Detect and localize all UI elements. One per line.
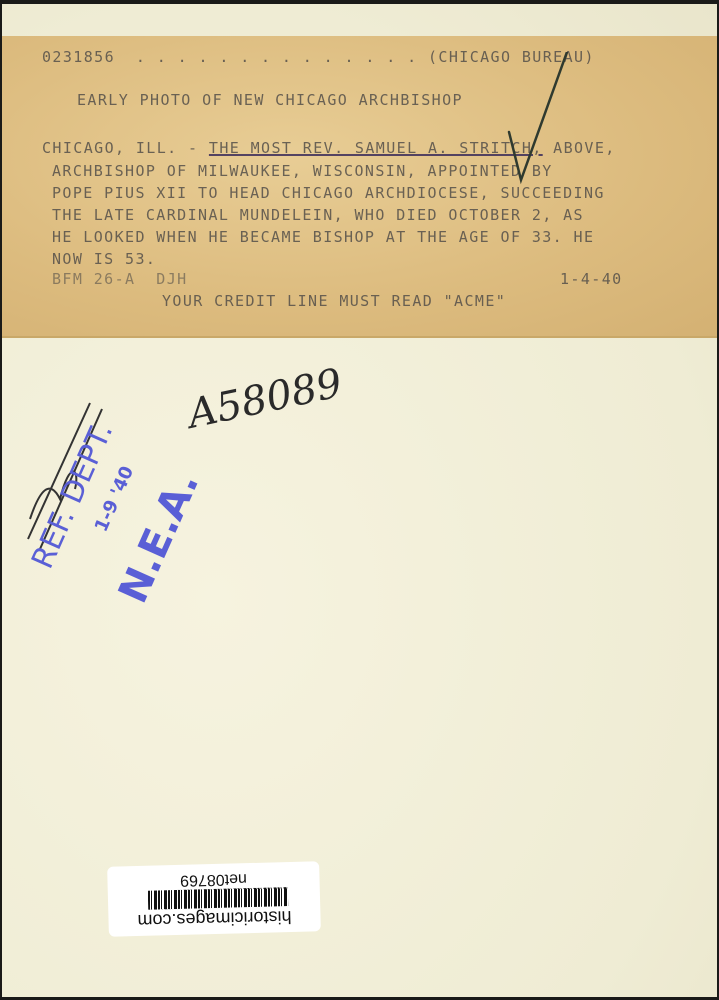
- label-code: net08769: [107, 867, 319, 891]
- label-site: historicimages.com: [108, 905, 320, 932]
- checkmark-icon: [507, 52, 587, 192]
- caption-date: 1-4-40: [560, 270, 623, 288]
- caption-body-line-5: HE LOOKED WHEN HE BECAME BISHOP AT THE A…: [52, 228, 594, 246]
- caption-dots: . . . . . . . . . . . . . .: [136, 48, 418, 66]
- typed-caption-clipping: 0231856 . . . . . . . . . . . . . . (CHI…: [2, 36, 717, 338]
- caption-headline: EARLY PHOTO OF NEW CHICAGO ARCHBISHOP: [77, 91, 463, 109]
- barcode-label: net08769 historicimages.com: [107, 861, 321, 937]
- caption-subject-name: THE MOST REV. SAMUEL A. STRITCH,: [209, 139, 543, 157]
- caption-body-line-4: THE LATE CARDINAL MUNDELEIN, WHO DIED OC…: [52, 206, 584, 224]
- caption-dateline: CHICAGO, ILL. -: [42, 139, 209, 157]
- caption-id: 0231856: [42, 48, 115, 66]
- photo-back-sheet: 0231856 . . . . . . . . . . . . . . (CHI…: [2, 4, 717, 997]
- caption-code-line: BFM 26-A DJH: [52, 270, 188, 288]
- caption-body-line-6: NOW IS 53.: [52, 250, 156, 268]
- caption-credit-line: YOUR CREDIT LINE MUST READ "ACME": [162, 292, 506, 310]
- caption-body-line-2: ARCHBISHOP OF MILWAUKEE, WISCONSIN, APPO…: [52, 162, 553, 180]
- handwritten-archive-number: A58089: [184, 360, 346, 437]
